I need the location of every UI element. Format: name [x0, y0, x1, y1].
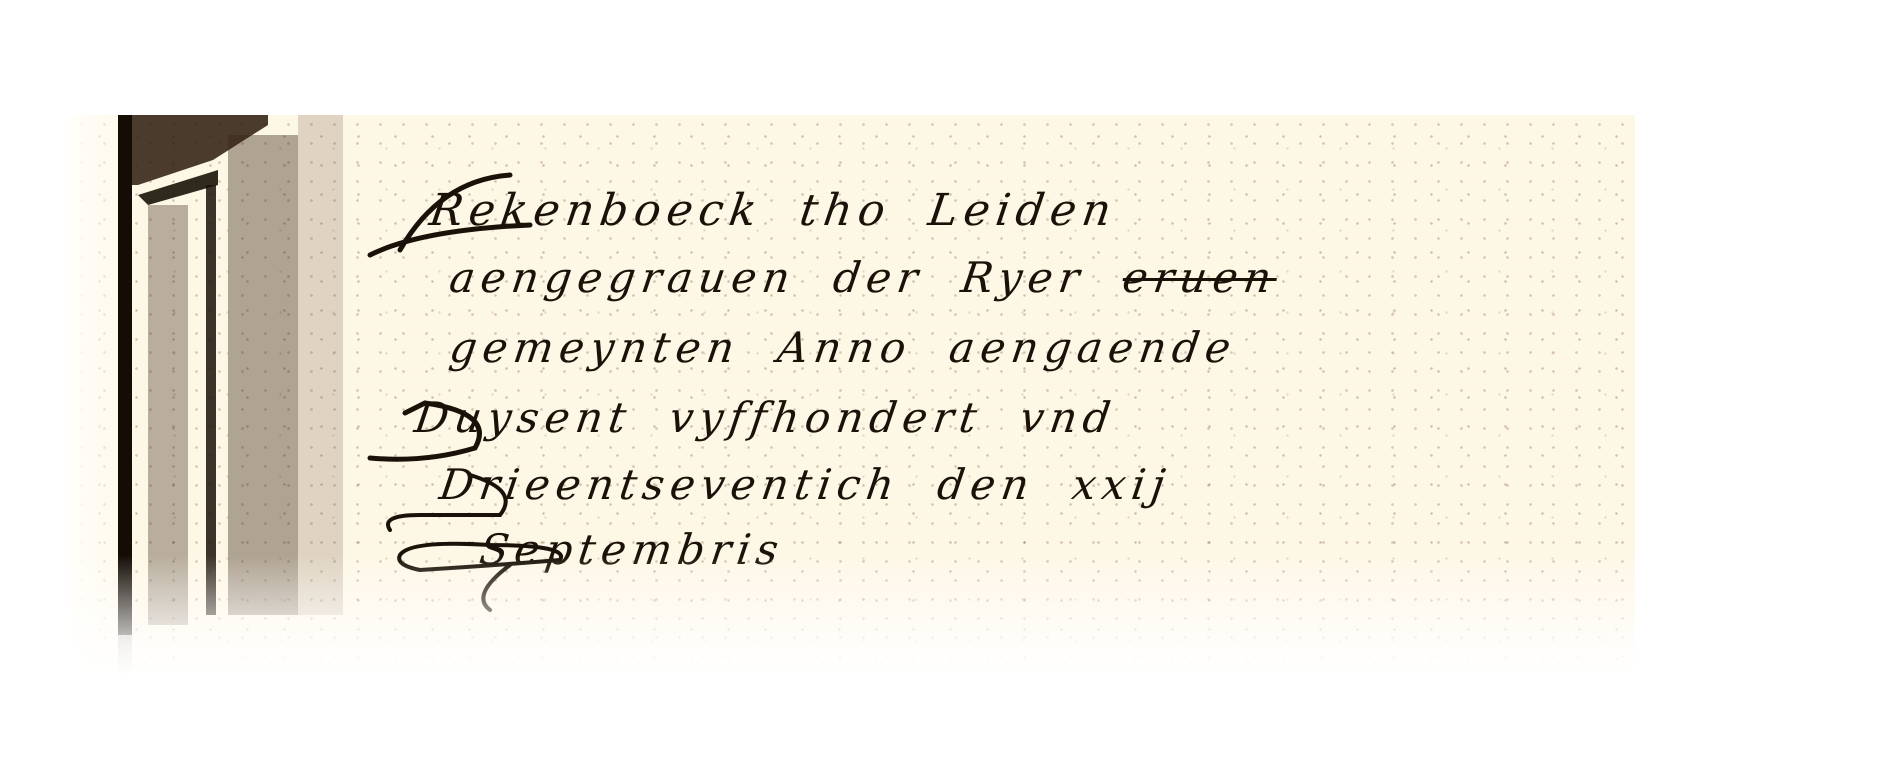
manuscript-line-3: gemeyntenAnnoaengaende [447, 323, 1278, 372]
manuscript-page: RekenboeckthoLeiden aengegrauenderRyerer… [70, 115, 1635, 675]
struck-word: eruen [1120, 253, 1281, 302]
handwritten-text: RekenboeckthoLeiden aengegrauenderRyerer… [70, 115, 1635, 675]
manuscript-line-4: Duysentvyffhondertvnd [412, 393, 1158, 442]
manuscript-line-5: Drieentseventichdenxxij [437, 460, 1212, 509]
manuscript-line-1: RekenboeckthoLeiden [426, 185, 1158, 236]
manuscript-line-2: aengegrauenderRyereruen [447, 253, 1319, 302]
manuscript-line-6: Septembris [477, 525, 826, 574]
